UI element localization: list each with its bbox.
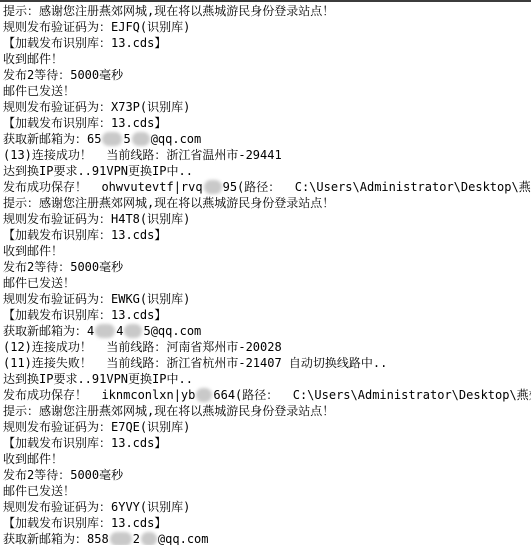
log-line: 发布成功保存！ iknmconlxn|yb664(路径： C:\Users\Ad… — [3, 387, 531, 403]
redaction-blur — [132, 132, 150, 146]
log-text: 发布2等待：5000毫秒 — [3, 68, 123, 82]
log-line: 【加载发布识别库：13.cds】 — [3, 227, 531, 243]
log-line: 发布2等待：5000毫秒 — [3, 67, 531, 83]
log-line: 邮件已发送！ — [3, 275, 531, 291]
log-line: 发布2等待：5000毫秒 — [3, 467, 531, 483]
log-text: 获取新邮箱为：4 — [3, 324, 94, 338]
log-line: 提示：感谢您注册燕郊网城,现在将以燕城游民身份登录站点！ — [3, 3, 531, 19]
log-line: 获取新邮箱为：445@qq.com — [3, 323, 531, 339]
log-line: 【加载发布识别库：13.cds】 — [3, 515, 531, 531]
redaction-blur — [110, 532, 132, 545]
log-text: 【加载发布识别库：13.cds】 — [3, 436, 166, 450]
log-text: 规则发布验证码为：H4T8(识别库) — [3, 212, 190, 226]
log-text: 规则发布验证码为：6YVY(识别库) — [3, 500, 190, 514]
log-line: 【加载发布识别库：13.cds】 — [3, 435, 531, 451]
log-line: 发布2等待：5000毫秒 — [3, 259, 531, 275]
log-line: 规则发布验证码为：H4T8(识别库) — [3, 211, 531, 227]
log-line: (11)连接失败！ 当前线路：浙江省杭州市-21407 自动切换线路中.. — [3, 355, 531, 371]
log-text: 获取新邮箱为：858 — [3, 532, 109, 545]
log-text: 收到邮件！ — [3, 452, 63, 466]
log-text: (13)连接成功！ 当前线路：浙江省温州市-29441 — [3, 148, 282, 162]
log-text: 获取新邮箱为：65 — [3, 132, 101, 146]
log-line: 规则发布验证码为：6YVY(识别库) — [3, 499, 531, 515]
log-text: 发布成功保存！ ohwvutevtf|rvq — [3, 180, 203, 194]
log-line: (12)连接成功！ 当前线路：河南省郑州市-20028 — [3, 339, 531, 355]
log-text: 规则发布验证码为：X73P(识别库) — [3, 100, 190, 114]
log-text: 【加载发布识别库：13.cds】 — [3, 116, 166, 130]
log-line: 获取新邮箱为：655@qq.com — [3, 131, 531, 147]
log-line: 发布成功保存！ ohwvutevtf|rvq95(路径： C:\Users\Ad… — [3, 179, 531, 195]
log-line: 规则发布验证码为：X73P(识别库) — [3, 99, 531, 115]
log-text: (11)连接失败！ 当前线路：浙江省杭州市-21407 自动切换线路中.. — [3, 356, 387, 370]
log-text: 发布成功保存！ iknmconlxn|yb — [3, 388, 195, 402]
log-text: 达到换IP要求..91VPN更换IP中.. — [3, 164, 193, 178]
log-text: 发布2等待：5000毫秒 — [3, 468, 123, 482]
log-text: @qq.com — [151, 132, 202, 146]
log-text: 规则发布验证码为：E7QE(识别库) — [3, 420, 190, 434]
log-text: 【加载发布识别库：13.cds】 — [3, 516, 166, 530]
log-line: 达到换IP要求..91VPN更换IP中.. — [3, 371, 531, 387]
redaction-blur — [102, 132, 122, 146]
log-text: 提示：感谢您注册燕郊网城,现在将以燕城游民身份登录站点！ — [3, 404, 334, 418]
log-line: 规则发布验证码为：EWKG(识别库) — [3, 291, 531, 307]
log-line: 收到邮件！ — [3, 243, 531, 259]
redaction-blur — [141, 532, 157, 545]
log-text: @qq.com — [158, 532, 209, 545]
log-text: 664(路径： C:\Users\Administrator\Desktop\燕… — [213, 388, 531, 402]
log-line: 【加载发布识别库：13.cds】 — [3, 307, 531, 323]
log-line: 规则发布验证码为：EJFQ(识别库) — [3, 19, 531, 35]
log-text: 收到邮件！ — [3, 244, 63, 258]
log-text: 收到邮件！ — [3, 52, 63, 66]
log-text: 邮件已发送！ — [3, 84, 75, 98]
redaction-blur — [95, 324, 115, 338]
log-text: 2 — [133, 532, 140, 545]
log-text: 95(路径： C:\Users\Administrator\Desktop\燕郊… — [223, 180, 531, 194]
log-text: 发布2等待：5000毫秒 — [3, 260, 123, 274]
redaction-blur — [196, 388, 212, 402]
log-text: 【加载发布识别库：13.cds】 — [3, 228, 166, 242]
log-line: 邮件已发送！ — [3, 483, 531, 499]
log-text: 5 — [123, 132, 130, 146]
log-line: (13)连接成功！ 当前线路：浙江省温州市-29441 — [3, 147, 531, 163]
log-line: 邮件已发送！ — [3, 83, 531, 99]
log-line: 达到换IP要求..91VPN更换IP中.. — [3, 163, 531, 179]
log-line: 规则发布验证码为：E7QE(识别库) — [3, 419, 531, 435]
log-text: 规则发布验证码为：EWKG(识别库) — [3, 292, 190, 306]
log-line: 提示：感谢您注册燕郊网城,现在将以燕城游民身份登录站点！ — [3, 195, 531, 211]
log-text: 【加载发布识别库：13.cds】 — [3, 308, 166, 322]
log-text: (12)连接成功！ 当前线路：河南省郑州市-20028 — [3, 340, 282, 354]
log-text: 【加载发布识别库：13.cds】 — [3, 36, 166, 50]
log-text: 邮件已发送！ — [3, 484, 75, 498]
log-text: 5@qq.com — [143, 324, 201, 338]
log-text: 规则发布验证码为：EJFQ(识别库) — [3, 20, 190, 34]
log-text: 提示：感谢您注册燕郊网城,现在将以燕城游民身份登录站点！ — [3, 196, 334, 210]
redaction-blur — [204, 180, 222, 194]
log-text: 邮件已发送！ — [3, 276, 75, 290]
log-text: 达到换IP要求..91VPN更换IP中.. — [3, 372, 193, 386]
log-line: 【加载发布识别库：13.cds】 — [3, 115, 531, 131]
log-line: 收到邮件！ — [3, 451, 531, 467]
log-line: 收到邮件！ — [3, 51, 531, 67]
log-line: 【加载发布识别库：13.cds】 — [3, 35, 531, 51]
log-text: 提示：感谢您注册燕郊网城,现在将以燕城游民身份登录站点！ — [3, 4, 334, 18]
log-output: 提示：感谢您注册燕郊网城,现在将以燕城游民身份登录站点！规则发布验证码为：EJF… — [0, 2, 531, 545]
log-text: 4 — [116, 324, 123, 338]
log-line: 提示：感谢您注册燕郊网城,现在将以燕城游民身份登录站点！ — [3, 403, 531, 419]
log-line: 获取新邮箱为：8582@qq.com — [3, 531, 531, 545]
redaction-blur — [124, 324, 142, 338]
